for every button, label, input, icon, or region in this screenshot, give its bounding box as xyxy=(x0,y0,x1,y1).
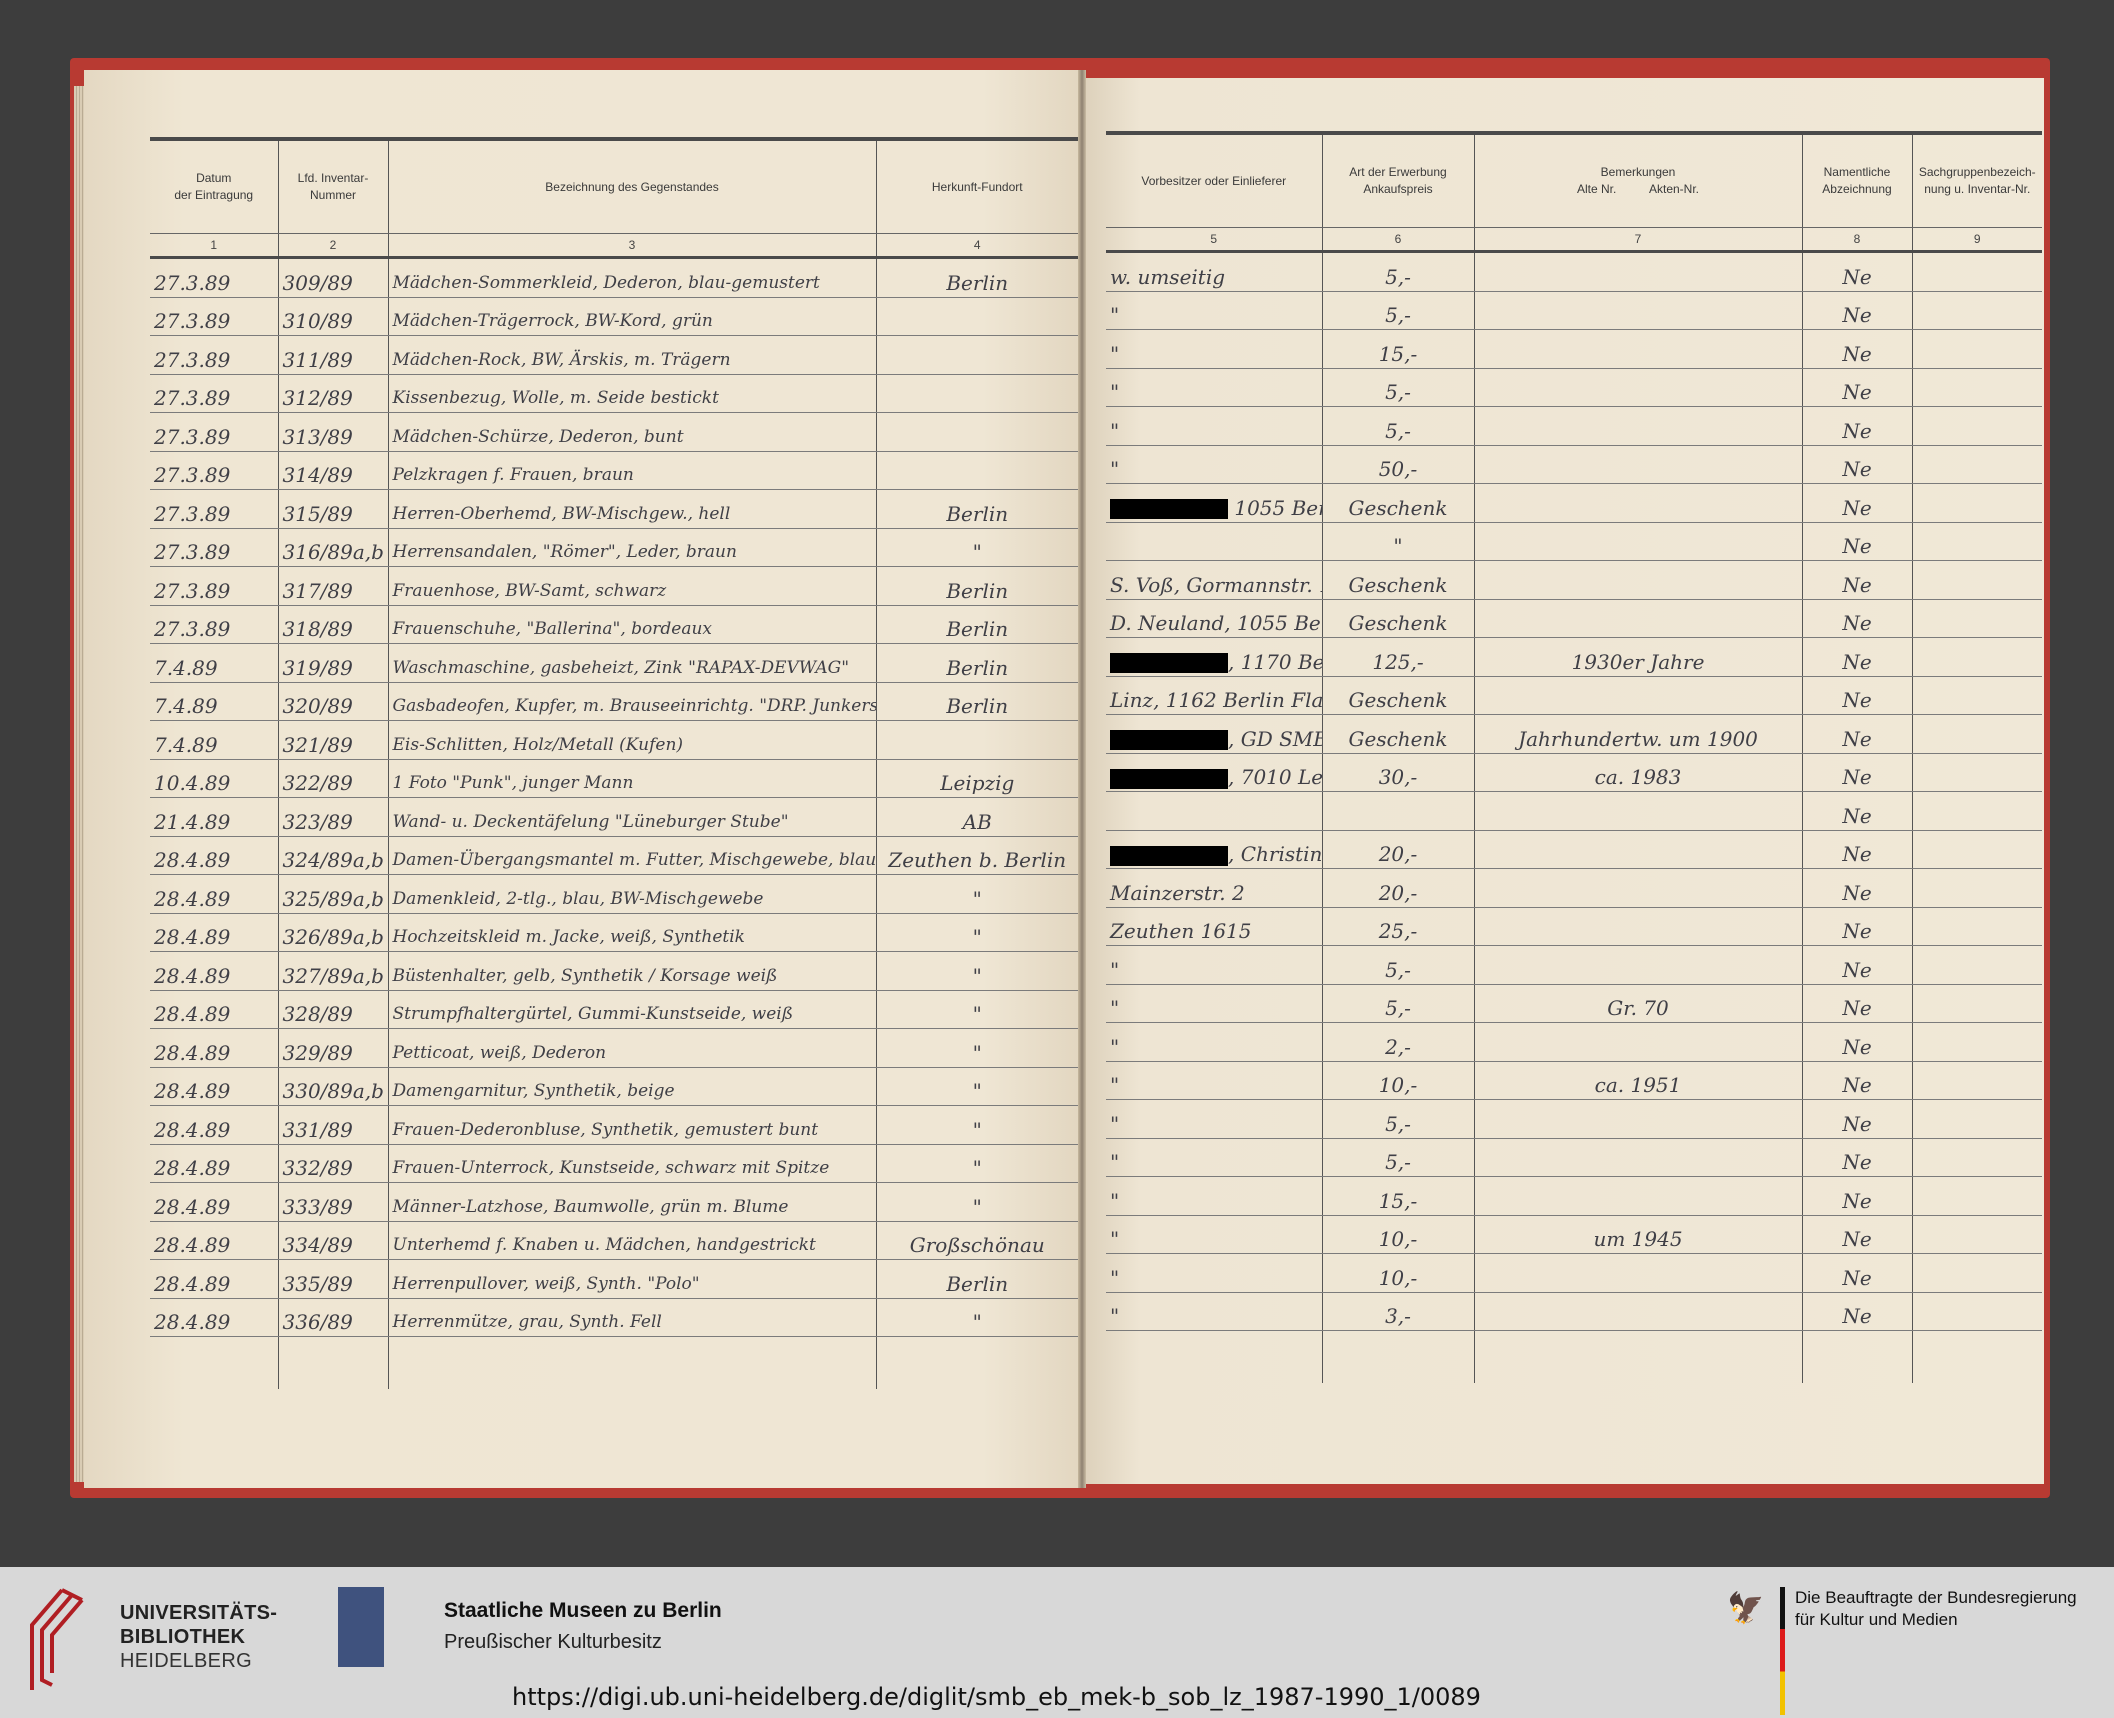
entry-prior: " xyxy=(1106,1023,1322,1062)
entry-price xyxy=(1322,792,1474,831)
entry-origin: Berlin xyxy=(876,258,1078,298)
entry-price: 10,- xyxy=(1322,1254,1474,1293)
entry-price: 5,- xyxy=(1322,1100,1474,1139)
entry-desc: Herren-Oberhemd, BW-Mischgew., hell xyxy=(388,490,876,529)
entry-inv: 317/89 xyxy=(278,567,388,606)
entry-sign: Ne xyxy=(1802,984,1912,1023)
ledger-entry-row: 28.4.89336/89Herrenmütze, grau, Synth. F… xyxy=(150,1298,1078,1337)
entry-desc: Männer-Latzhose, Baumwolle, grün m. Blum… xyxy=(388,1183,876,1222)
entry-price: 3,- xyxy=(1322,1292,1474,1331)
entry-price: 15,- xyxy=(1322,1177,1474,1216)
entry-inv: 329/89 xyxy=(278,1029,388,1068)
entry-date: 28.4.89 xyxy=(150,990,278,1029)
entry-inv: 324/89a,b xyxy=(278,836,388,875)
entry-price: 25,- xyxy=(1322,907,1474,946)
col-header-inventory-number: Lfd. Inventar- Nummer xyxy=(278,139,388,234)
entry-price: Geschenk xyxy=(1322,561,1474,600)
entry-prior: w. umseitig xyxy=(1106,252,1322,292)
entry-sign: Ne xyxy=(1802,1061,1912,1100)
entry-sign: Ne xyxy=(1802,407,1912,446)
entry-remarks: Gr. 70 xyxy=(1474,984,1802,1023)
left-entries: 27.3.89309/89Mädchen-Sommerkleid, Dedero… xyxy=(150,258,1078,1390)
entry-category xyxy=(1912,753,2042,792)
entry-category xyxy=(1912,368,2042,407)
entry-prior: , GD SMB xyxy=(1106,715,1322,754)
ledger-entry-row: Ne xyxy=(1106,792,2042,831)
ub-line-1: UNIVERSITÄTS- xyxy=(120,1601,277,1625)
entry-category xyxy=(1912,946,2042,985)
entry-desc: Gasbadeofen, Kupfer, m. Brauseeinrichtg.… xyxy=(388,682,876,721)
ledger-entry-row: 27.3.89317/89Frauenhose, BW-Samt, schwar… xyxy=(150,567,1078,606)
entry-prior: " xyxy=(1106,330,1322,369)
ledger-entry-row: 7.4.89319/89Waschmaschine, gasbeheizt, Z… xyxy=(150,644,1078,683)
entry-price: Geschenk xyxy=(1322,676,1474,715)
entry-price: 5,- xyxy=(1322,946,1474,985)
ledger-entry-row: 27.3.89318/89Frauenschuhe, "Ballerina", … xyxy=(150,605,1078,644)
entry-inv: 319/89 xyxy=(278,644,388,683)
ledger-entry-row: 28.4.89327/89a,bBüstenhalter, gelb, Synt… xyxy=(150,952,1078,991)
entry-price: 20,- xyxy=(1322,869,1474,908)
entry-date: 28.4.89 xyxy=(150,952,278,991)
bkm-line-2: für Kultur und Medien xyxy=(1795,1609,2077,1631)
entry-desc: Herrensandalen, "Römer", Leder, braun xyxy=(388,528,876,567)
redaction-box xyxy=(1110,769,1228,789)
entry-origin xyxy=(876,336,1078,375)
ub-heidelberg-name: UNIVERSITÄTS- BIBLIOTHEK HEIDELBERG xyxy=(120,1601,277,1673)
ledger-entry-row: 10.4.89322/891 Foto "Punk", junger MannL… xyxy=(150,759,1078,798)
entry-price: " xyxy=(1322,522,1474,561)
entry-inv: 318/89 xyxy=(278,605,388,644)
entry-sign: Ne xyxy=(1802,252,1912,292)
entry-category xyxy=(1912,1292,2042,1331)
entry-desc: Waschmaschine, gasbeheizt, Zink "RAPAX-D… xyxy=(388,644,876,683)
entry-date: 7.4.89 xyxy=(150,721,278,760)
entry-price: 5,- xyxy=(1322,368,1474,407)
col-header-prior-owner: Vorbesitzer oder Einlieferer xyxy=(1106,133,1322,228)
entry-sign: Ne xyxy=(1802,1215,1912,1254)
entry-price: Geschenk xyxy=(1322,715,1474,754)
entry-remarks: um 1945 xyxy=(1474,1215,1802,1254)
entry-inv: 320/89 xyxy=(278,682,388,721)
entry-category xyxy=(1912,1100,2042,1139)
ledger-entry-row: "10,-um 1945Ne xyxy=(1106,1215,2042,1254)
entry-inv: 323/89 xyxy=(278,798,388,837)
entry-inv: 311/89 xyxy=(278,336,388,375)
ledger-entry-row: "5,-Ne xyxy=(1106,1100,2042,1139)
col-header-origin: Herkunft-Fundort xyxy=(876,139,1078,234)
ledger-entry-row: 7.4.89320/89Gasbadeofen, Kupfer, m. Brau… xyxy=(150,682,1078,721)
entry-desc: Büstenhalter, gelb, Synthetik / Korsage … xyxy=(388,952,876,991)
redaction-box xyxy=(1110,653,1228,673)
entry-remarks xyxy=(1474,676,1802,715)
entry-remarks xyxy=(1474,522,1802,561)
entry-remarks xyxy=(1474,330,1802,369)
entry-category xyxy=(1912,330,2042,369)
entry-prior xyxy=(1106,522,1322,561)
smb-title: Staatliche Museen zu Berlin xyxy=(444,1599,722,1623)
entry-prior: " xyxy=(1106,1177,1322,1216)
ledger-entry-row: "5,-Ne xyxy=(1106,407,2042,446)
entry-category xyxy=(1912,1023,2042,1062)
blank-cell xyxy=(278,1337,388,1390)
entry-inv: 322/89 xyxy=(278,759,388,798)
entry-date: 27.3.89 xyxy=(150,605,278,644)
entry-remarks xyxy=(1474,1292,1802,1331)
entry-remarks xyxy=(1474,484,1802,523)
entry-origin xyxy=(876,297,1078,336)
entry-sign: Ne xyxy=(1802,522,1912,561)
entry-sign: Ne xyxy=(1802,445,1912,484)
entry-origin: Großschönau xyxy=(876,1221,1078,1260)
bkm-line-1: Die Beauftragte der Bundesregierung xyxy=(1795,1587,2077,1609)
entry-inv: 309/89 xyxy=(278,258,388,298)
ledger-entry-row: 28.4.89330/89a,bDamengarnitur, Synthetik… xyxy=(150,1067,1078,1106)
entry-date: 28.4.89 xyxy=(150,913,278,952)
entry-origin: " xyxy=(876,1298,1078,1337)
bkm-name: Die Beauftragte der Bundesregierung für … xyxy=(1795,1587,2077,1631)
entry-date: 28.4.89 xyxy=(150,1298,278,1337)
footer-bar: UNIVERSITÄTS- BIBLIOTHEK HEIDELBERG Staa… xyxy=(0,1567,2114,1718)
entry-remarks xyxy=(1474,830,1802,869)
entry-date: 7.4.89 xyxy=(150,644,278,683)
entry-category xyxy=(1912,715,2042,754)
entry-inv: 316/89a,b xyxy=(278,528,388,567)
ledger-entry-row: "5,-Ne xyxy=(1106,291,2042,330)
entry-remarks: ca. 1951 xyxy=(1474,1061,1802,1100)
entry-price: 5,- xyxy=(1322,252,1474,292)
smb-eagle-logo-icon xyxy=(338,1587,384,1667)
ledger-entry-row: Linz, 1162 Berlin Flakensestr. 6Geschenk… xyxy=(1106,676,2042,715)
entry-desc: Wand- u. Deckentäfelung "Lüneburger Stub… xyxy=(388,798,876,837)
col-number: 6 xyxy=(1322,228,1474,252)
entry-prior: " xyxy=(1106,291,1322,330)
entry-desc: Frauenschuhe, "Ballerina", bordeaux xyxy=(388,605,876,644)
entry-remarks xyxy=(1474,907,1802,946)
entry-inv: 310/89 xyxy=(278,297,388,336)
entry-origin: " xyxy=(876,952,1078,991)
entry-inv: 325/89a,b xyxy=(278,875,388,914)
ledger-entry-row: S. Voß, Gormannstr. 18 aGeschenkNe xyxy=(1106,561,2042,600)
ledger-entry-row: 28.4.89326/89a,bHochzeitskleid m. Jacke,… xyxy=(150,913,1078,952)
ledger-entry-row: 28.4.89325/89a,bDamenkleid, 2-tlg., blau… xyxy=(150,875,1078,914)
right-header-row: Vorbesitzer oder Einlieferer Art der Erw… xyxy=(1106,133,2042,228)
entry-prior: , 1170 Berlin, Kleinschewskistr. 21 xyxy=(1106,638,1322,677)
entry-origin: " xyxy=(876,528,1078,567)
entry-remarks xyxy=(1474,445,1802,484)
entry-desc: Damen-Übergangsmantel m. Futter, Mischge… xyxy=(388,836,876,875)
ledger-entry-row: 28.4.89335/89Herrenpullover, weiß, Synth… xyxy=(150,1260,1078,1299)
right-column-numbers: 5 6 7 8 9 xyxy=(1106,228,2042,252)
ledger-entry-row: 28.4.89334/89Unterhemd f. Knaben u. Mädc… xyxy=(150,1221,1078,1260)
entry-desc: Unterhemd f. Knaben u. Mädchen, handgest… xyxy=(388,1221,876,1260)
entry-remarks xyxy=(1474,1100,1802,1139)
entry-prior: " xyxy=(1106,445,1322,484)
entry-category xyxy=(1912,522,2042,561)
entry-sign: Ne xyxy=(1802,1138,1912,1177)
ledger-entry-row: 28.4.89332/89Frauen-Unterrock, Kunstseid… xyxy=(150,1144,1078,1183)
entry-price: 5,- xyxy=(1322,1138,1474,1177)
entry-remarks: Jahrhundertw. um 1900 xyxy=(1474,715,1802,754)
entry-sign: Ne xyxy=(1802,484,1912,523)
ledger-entry-row: 28.4.89324/89a,bDamen-Übergangsmantel m.… xyxy=(150,836,1078,875)
entry-prior: " xyxy=(1106,1215,1322,1254)
entry-prior: " xyxy=(1106,1254,1322,1293)
col-number: 5 xyxy=(1106,228,1322,252)
blank-row xyxy=(1106,1331,2042,1384)
entry-category xyxy=(1912,638,2042,677)
blank-cell xyxy=(1106,1331,1322,1384)
entry-date: 27.3.89 xyxy=(150,528,278,567)
entry-sign: Ne xyxy=(1802,638,1912,677)
entry-sign: Ne xyxy=(1802,599,1912,638)
entry-remarks xyxy=(1474,946,1802,985)
entry-desc: Mädchen-Sommerkleid, Dederon, blau-gemus… xyxy=(388,258,876,298)
entry-desc: Damenkleid, 2-tlg., blau, BW-Mischgewebe xyxy=(388,875,876,914)
ledger-entry-row: 28.4.89328/89Strumpfhaltergürtel, Gummi-… xyxy=(150,990,1078,1029)
ledger-entry-row: 27.3.89313/89Mädchen-Schürze, Dederon, b… xyxy=(150,413,1078,452)
entry-category xyxy=(1912,907,2042,946)
right-entries: w. umseitig5,-Ne"5,-Ne"15,-Ne"5,-Ne"5,-N… xyxy=(1106,252,2042,1384)
entry-sign: Ne xyxy=(1802,1254,1912,1293)
entry-remarks xyxy=(1474,1254,1802,1293)
entry-prior: , 7010 Leipzig Waldstr. 65 xyxy=(1106,753,1322,792)
entry-remarks: ca. 1983 xyxy=(1474,753,1802,792)
entry-origin: AB xyxy=(876,798,1078,837)
entry-desc: Eis-Schlitten, Holz/Metall (Kufen) xyxy=(388,721,876,760)
entry-date: 27.3.89 xyxy=(150,374,278,413)
ledger-entry-row: 27.3.89312/89Kissenbezug, Wolle, m. Seid… xyxy=(150,374,1078,413)
entry-desc: Petticoat, weiß, Dederon xyxy=(388,1029,876,1068)
entry-category xyxy=(1912,792,2042,831)
blank-cell xyxy=(1912,1331,2042,1384)
entry-origin xyxy=(876,374,1078,413)
entry-prior: Mainzerstr. 2 xyxy=(1106,869,1322,908)
entry-category xyxy=(1912,1177,2042,1216)
entry-date: 28.4.89 xyxy=(150,1221,278,1260)
entry-origin: " xyxy=(876,875,1078,914)
entry-category xyxy=(1912,561,2042,600)
ledger-entry-row: 28.4.89329/89Petticoat, weiß, Dederon" xyxy=(150,1029,1078,1068)
ledger-entry-row: Mainzerstr. 220,-Ne xyxy=(1106,869,2042,908)
ledger-entry-row: , 1170 Berlin, Kleinschewskistr. 21125,-… xyxy=(1106,638,2042,677)
entry-date: 28.4.89 xyxy=(150,1106,278,1145)
entry-date: 27.3.89 xyxy=(150,567,278,606)
entry-price: Geschenk xyxy=(1322,599,1474,638)
entry-price: 10,- xyxy=(1322,1215,1474,1254)
entry-sign: Ne xyxy=(1802,1292,1912,1331)
entry-prior: " xyxy=(1106,1292,1322,1331)
entry-remarks xyxy=(1474,252,1802,292)
entry-prior xyxy=(1106,792,1322,831)
entry-category xyxy=(1912,291,2042,330)
entry-desc: Frauen-Unterrock, Kunstseide, schwarz mi… xyxy=(388,1144,876,1183)
ub-heidelberg-logo-icon xyxy=(22,1585,102,1695)
entry-sign: Ne xyxy=(1802,1023,1912,1062)
entry-date: 21.4.89 xyxy=(150,798,278,837)
entry-inv: 314/89 xyxy=(278,451,388,490)
entry-inv: 315/89 xyxy=(278,490,388,529)
ledger-entry-row: 28.4.89333/89Männer-Latzhose, Baumwolle,… xyxy=(150,1183,1078,1222)
entry-desc: Frauenhose, BW-Samt, schwarz xyxy=(388,567,876,606)
entry-origin: " xyxy=(876,913,1078,952)
ledger-entry-row: 1055 Berlin Storkowerstr. 60GeschenkNe xyxy=(1106,484,2042,523)
entry-category xyxy=(1912,599,2042,638)
entry-origin: Leipzig xyxy=(876,759,1078,798)
entry-sign: Ne xyxy=(1802,330,1912,369)
entry-remarks xyxy=(1474,599,1802,638)
entry-desc: Hochzeitskleid m. Jacke, weiß, Synthetik xyxy=(388,913,876,952)
entry-sign: Ne xyxy=(1802,869,1912,908)
ledger-entry-row: , Christina20,-Ne xyxy=(1106,830,2042,869)
entry-category xyxy=(1912,830,2042,869)
entry-desc: Damengarnitur, Synthetik, beige xyxy=(388,1067,876,1106)
col-header-category: Sachgruppenbezeich- nung u. Inventar-Nr. xyxy=(1912,133,2042,228)
blank-cell xyxy=(1322,1331,1474,1384)
entry-category xyxy=(1912,1215,2042,1254)
ledger-entry-row: 7.4.89321/89Eis-Schlitten, Holz/Metall (… xyxy=(150,721,1078,760)
permalink-url[interactable]: https://digi.ub.uni-heidelberg.de/diglit… xyxy=(512,1683,1481,1711)
german-flag-bar xyxy=(1780,1587,1785,1715)
entry-date: 27.3.89 xyxy=(150,490,278,529)
entry-date: 28.4.89 xyxy=(150,1144,278,1183)
entry-category xyxy=(1912,445,2042,484)
entry-price: 30,- xyxy=(1322,753,1474,792)
entry-category xyxy=(1912,1061,2042,1100)
blank-cell xyxy=(1474,1331,1802,1384)
entry-date: 7.4.89 xyxy=(150,682,278,721)
entry-price: Geschenk xyxy=(1322,484,1474,523)
entry-desc: 1 Foto "Punk", junger Mann xyxy=(388,759,876,798)
federal-eagle-icon: 🦅 xyxy=(1726,1589,1766,1629)
entry-origin: Zeuthen b. Berlin xyxy=(876,836,1078,875)
entry-remarks xyxy=(1474,792,1802,831)
ledger-entry-row: , 7010 Leipzig Waldstr. 6530,-ca. 1983Ne xyxy=(1106,753,2042,792)
blank-cell xyxy=(876,1337,1078,1390)
entry-inv: 333/89 xyxy=(278,1183,388,1222)
left-ledger-table: Datum der Eintragung Lfd. Inventar- Numm… xyxy=(150,137,1078,1389)
col-number: 7 xyxy=(1474,228,1802,252)
entry-sign: Ne xyxy=(1802,561,1912,600)
ledger-entry-row: 27.3.89309/89Mädchen-Sommerkleid, Dedero… xyxy=(150,258,1078,298)
entry-prior: Zeuthen 1615 xyxy=(1106,907,1322,946)
entry-inv: 313/89 xyxy=(278,413,388,452)
entry-remarks xyxy=(1474,561,1802,600)
entry-remarks xyxy=(1474,869,1802,908)
entry-desc: Pelzkragen f. Frauen, braun xyxy=(388,451,876,490)
ledger-entry-row: "5,-Gr. 70Ne xyxy=(1106,984,2042,1023)
entry-category xyxy=(1912,676,2042,715)
entry-prior: " xyxy=(1106,1138,1322,1177)
entry-origin: Berlin xyxy=(876,490,1078,529)
col-header-signature: Namentliche Abzeichnung xyxy=(1802,133,1912,228)
entry-remarks xyxy=(1474,1023,1802,1062)
ledger-entry-row: Zeuthen 161525,-Ne xyxy=(1106,907,2042,946)
ledger-entry-row: 27.3.89310/89Mädchen-Trägerrock, BW-Kord… xyxy=(150,297,1078,336)
entry-category xyxy=(1912,869,2042,908)
entry-origin: " xyxy=(876,1029,1078,1068)
entry-inv: 336/89 xyxy=(278,1298,388,1337)
col-number: 3 xyxy=(388,234,876,258)
ledger-entry-row: w. umseitig5,-Ne xyxy=(1106,252,2042,292)
ledger-entry-row: "15,-Ne xyxy=(1106,330,2042,369)
col-number: 1 xyxy=(150,234,278,258)
entry-remarks xyxy=(1474,368,1802,407)
entry-date: 28.4.89 xyxy=(150,875,278,914)
entry-remarks xyxy=(1474,1138,1802,1177)
entry-price: 125,- xyxy=(1322,638,1474,677)
entry-price: 20,- xyxy=(1322,830,1474,869)
entry-origin: Berlin xyxy=(876,1260,1078,1299)
ledger-entry-row: 27.3.89314/89Pelzkragen f. Frauen, braun xyxy=(150,451,1078,490)
entry-desc: Mädchen-Trägerrock, BW-Kord, grün xyxy=(388,297,876,336)
entry-origin: Berlin xyxy=(876,682,1078,721)
entry-date: 28.4.89 xyxy=(150,1183,278,1222)
smb-subtitle: Preußischer Kulturbesitz xyxy=(444,1631,662,1654)
entry-prior: " xyxy=(1106,407,1322,446)
entry-inv: 328/89 xyxy=(278,990,388,1029)
entry-origin: Berlin xyxy=(876,644,1078,683)
entry-category xyxy=(1912,984,2042,1023)
entry-inv: 321/89 xyxy=(278,721,388,760)
entry-prior: " xyxy=(1106,368,1322,407)
ledger-entry-row: "10,-ca. 1951Ne xyxy=(1106,1061,2042,1100)
ledger-entry-row: D. Neuland, 1055 Berlin, Storkowerstr. 6… xyxy=(1106,599,2042,638)
entry-category xyxy=(1912,1138,2042,1177)
blank-cell xyxy=(1802,1331,1912,1384)
entry-origin xyxy=(876,413,1078,452)
entry-category xyxy=(1912,407,2042,446)
ledger-entry-row: "Ne xyxy=(1106,522,2042,561)
entry-sign: Ne xyxy=(1802,753,1912,792)
entry-sign: Ne xyxy=(1802,1177,1912,1216)
ledger-entry-row: "3,-Ne xyxy=(1106,1292,2042,1331)
redaction-box xyxy=(1110,499,1228,519)
entry-origin: " xyxy=(876,1183,1078,1222)
ledger-entry-row: "2,-Ne xyxy=(1106,1023,2042,1062)
entry-price: 5,- xyxy=(1322,984,1474,1023)
entry-origin: " xyxy=(876,1067,1078,1106)
entry-prior: " xyxy=(1106,984,1322,1023)
entry-sign: Ne xyxy=(1802,676,1912,715)
entry-category xyxy=(1912,1254,2042,1293)
col-header-acquisition-price: Art der Erwerbung Ankaufspreis xyxy=(1322,133,1474,228)
entry-price: 5,- xyxy=(1322,407,1474,446)
entry-desc: Strumpfhaltergürtel, Gummi-Kunstseide, w… xyxy=(388,990,876,1029)
entry-desc: Kissenbezug, Wolle, m. Seide bestickt xyxy=(388,374,876,413)
entry-inv: 335/89 xyxy=(278,1260,388,1299)
ledger-entry-row: "50,-Ne xyxy=(1106,445,2042,484)
entry-origin: " xyxy=(876,990,1078,1029)
entry-sign: Ne xyxy=(1802,830,1912,869)
entry-sign: Ne xyxy=(1802,907,1912,946)
ledger-entry-row: 21.4.89323/89Wand- u. Deckentäfelung "Lü… xyxy=(150,798,1078,837)
entry-price: 5,- xyxy=(1322,291,1474,330)
entry-inv: 327/89a,b xyxy=(278,952,388,991)
entry-origin xyxy=(876,451,1078,490)
entry-inv: 312/89 xyxy=(278,374,388,413)
col-number: 9 xyxy=(1912,228,2042,252)
entry-prior: " xyxy=(1106,946,1322,985)
entry-inv: 332/89 xyxy=(278,1144,388,1183)
ledger-entry-row: 27.3.89315/89Herren-Oberhemd, BW-Mischge… xyxy=(150,490,1078,529)
entry-category xyxy=(1912,484,2042,523)
entry-desc: Herrenpullover, weiß, Synth. "Polo" xyxy=(388,1260,876,1299)
entry-desc: Herrenmütze, grau, Synth. Fell xyxy=(388,1298,876,1337)
entry-date: 27.3.89 xyxy=(150,451,278,490)
entry-date: 28.4.89 xyxy=(150,1029,278,1068)
ledger-entry-row: 28.4.89331/89Frauen-Dederonbluse, Synthe… xyxy=(150,1106,1078,1145)
entry-date: 28.4.89 xyxy=(150,1067,278,1106)
